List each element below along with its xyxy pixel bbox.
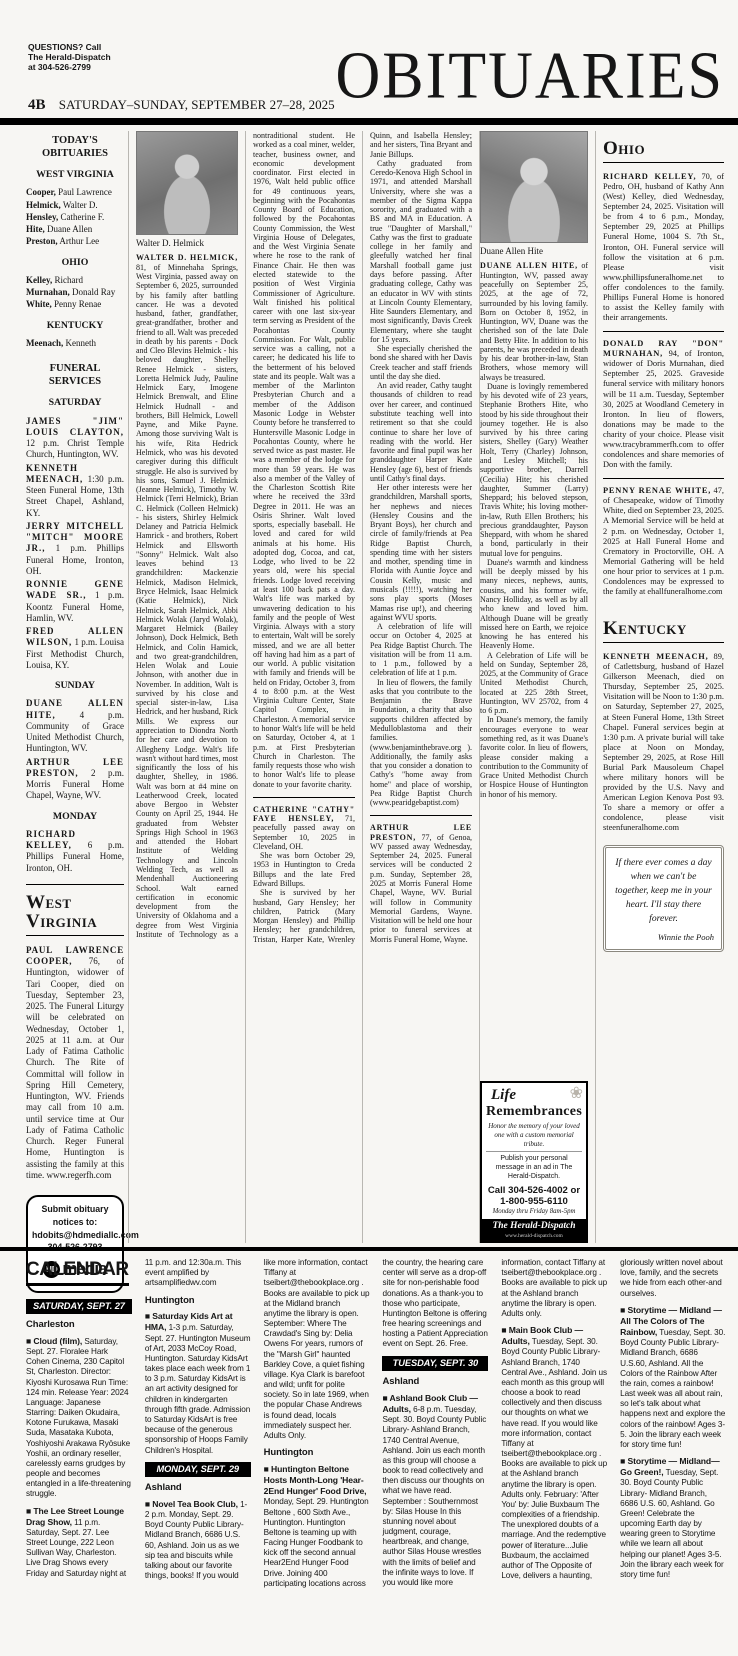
funeral-entry: KENNETH MEENACH, 1:30 p.m. Steen Funeral… [26, 463, 124, 519]
funeral-entry: JAMES "JIM" LOUIS CLAYTON, 12 p.m. Chris… [26, 416, 124, 461]
funeral-entry: FRED ALLEN WILSON, 1 p.m. Louisa First M… [26, 626, 124, 671]
obituary-body: 70, of Pedro, OH, husband of Kathy Ann (… [603, 172, 724, 322]
index-wv-header: WEST VIRGINIA [26, 169, 124, 181]
kentucky-section-header: Kentucky [603, 619, 724, 643]
walter-helmick-photo-figure: Walter D. Helmick [136, 131, 238, 248]
obituary-name: DUANE ALLEN HITE, [480, 261, 578, 270]
calendar-city-header: Huntington [264, 1447, 370, 1459]
index-entry: White, Penny Renae [26, 299, 124, 310]
folio-line: 4B SATURDAY–SUNDAY, SEPTEMBER 27–28, 202… [28, 97, 335, 114]
saturday-header: SATURDAY [26, 397, 124, 409]
funeral-entry: DUANE ALLEN HITE, 4 p.m. Community of Gr… [26, 698, 124, 754]
page-title: OBITUARIES [335, 38, 724, 115]
obituary-paragraph: Her other interests were her grandchildr… [370, 483, 472, 622]
obituary-paragraph: She especially cherished the bond she sh… [370, 344, 472, 381]
obituary-murnahan: DONALD RAY "DON" MURNAHAN, 94, of Ironto… [603, 339, 724, 470]
calendar-day-banner: TUESDAY, SEPT. 30 [382, 1356, 488, 1372]
calendar-city-header: Ashland [145, 1482, 251, 1494]
obituary-body: 94, of Ironton, widower of Doris Murnaha… [603, 349, 724, 469]
calendar-city-header: Ashland [382, 1376, 488, 1388]
index-entry: Meenach, Kenneth [26, 338, 124, 349]
submit-email: hdobits@hdmediallc.com [32, 1229, 118, 1242]
obituary-paragraph: Duane is lovingly remembered by his devo… [480, 382, 588, 558]
obituary-name: PENNY RENAE WHITE, [603, 486, 711, 495]
obituary-paragraph: She was born October 29, 1953 in Hunting… [253, 851, 355, 888]
divider [253, 797, 355, 798]
calendar-event: ■ Storytime — Midland — All The Colors o… [620, 1305, 726, 1450]
obituary-hensley: CATHERINE "CATHY" FAYE HENSLEY, 71, peac… [253, 805, 355, 851]
obituary-kelley: RICHARD KELLEY, 70, of Pedro, OH, husban… [603, 172, 724, 323]
index-entry: Kelley, Richard [26, 275, 124, 286]
index-column: TODAY'S OBITUARIES WEST VIRGINIA Cooper,… [26, 131, 128, 1245]
sunday-header: SUNDAY [26, 680, 124, 692]
obituary-white: PENNY RENAE WHITE, 47, of Chesapeake, wi… [603, 486, 724, 597]
funeral-entry: ARTHUR LEE PRESTON, 2 p.m. Morris Funera… [26, 757, 124, 802]
quote-attribution: Winnie the Pooh [613, 931, 714, 943]
obituary-name: WALTER D. HELMICK, [136, 253, 238, 262]
index-entry: Hensley, Catherine F. [26, 212, 124, 223]
obituary-body: 76, of Huntington, widower of Tari Coope… [26, 956, 124, 1180]
calendar-city-header: Huntington [145, 1295, 251, 1307]
obituary-paragraph: An avid reader, Cathy taught thousands o… [370, 381, 472, 483]
funeral-entry: RONNIE GENE WADE SR., 1 p.m. Koontz Fune… [26, 579, 124, 624]
obituary-body: 89, of Catlettsburg, husband of Hazel Gi… [603, 652, 724, 832]
obituary-body: 47, of Chesapeake, widow of Timothy Whit… [603, 486, 724, 596]
funeral-entry: RICHARD KELLEY, 6 p.m. Phillips Funeral … [26, 829, 124, 874]
calendar-event: ■ Storytime — Midland— Go Green!, Tuesda… [620, 1456, 726, 1580]
divider [26, 884, 124, 885]
calendar-section: CALENDAR SATURDAY, SEPT. 27 Charleston ■… [26, 1258, 726, 1644]
masthead-rule [0, 118, 738, 125]
obituary-name: RICHARD KELLEY, [603, 172, 696, 181]
index-entry: Helmick, Walter D. [26, 200, 124, 211]
index-oh-header: OHIO [26, 257, 124, 269]
ohio-section-header: Ohio [603, 139, 724, 163]
obituary-paragraph: In Duane's memory, the family encourages… [480, 715, 588, 798]
obituary-name: KENNETH MEENACH, [603, 652, 709, 661]
index-entry: Preston, Arthur Lee [26, 236, 124, 247]
funeral-services-header: FUNERAL SERVICES [26, 363, 124, 388]
obituary-paragraph: Duane's warmth and kindness will be deep… [480, 558, 588, 651]
obituary-flow-columns: Walter D. Helmick WALTER D. HELMICK, 81,… [128, 131, 480, 1243]
life-remembrances-ad: ❀ Life Remembrances Honor the memory of … [480, 1081, 588, 1243]
page-number: 4B [28, 97, 46, 113]
rose-icon: ❀ [570, 1085, 583, 1104]
date-line: SATURDAY–SUNDAY, SEPTEMBER 27–28, 2025 [59, 97, 335, 112]
divider [603, 478, 724, 479]
walter-helmick-portrait-photo [136, 131, 238, 235]
duane-hite-photo-figure: Duane Allen Hite [480, 131, 588, 256]
hite-column: Duane Allen Hite DUANE ALLEN HITE, of Hu… [480, 131, 596, 1243]
obituary-paragraph: A celebration of life will occur on Octo… [370, 622, 472, 678]
obituary-meenach: KENNETH MEENACH, 89, of Catlettsburg, hu… [603, 652, 724, 833]
west-virginia-section-header: West Virginia [26, 893, 124, 936]
calendar-day-banner: SATURDAY, SEPT. 27 [26, 1299, 132, 1315]
index-ky-header: KENTUCKY [26, 320, 124, 332]
ohio-kentucky-column: Ohio RICHARD KELLEY, 70, of Pedro, OH, h… [596, 131, 724, 1245]
calendar-city-header: Charleston [26, 1319, 132, 1331]
funeral-entry: JERRY MITCHELL "MITCH" MOORE JR., 1 p.m.… [26, 521, 124, 577]
calendar-event: ■ Saturday Kids Art at HMA, 1-3 p.m. Sat… [145, 1311, 251, 1455]
todays-obituaries-header: TODAY'S OBITUARIES [26, 135, 124, 160]
obituary-paragraph: Cathy graduated from Ceredo-Kenova High … [370, 159, 472, 344]
obituary-paragraph: In lieu of flowers, the family asks that… [370, 678, 472, 808]
photo-caption: Duane Allen Hite [480, 246, 588, 256]
index-entry: Hite, Duane Allen [26, 224, 124, 235]
calendar-title: CALENDAR [26, 1258, 129, 1286]
duane-hite-portrait-photo [480, 131, 588, 243]
divider [370, 815, 472, 816]
photo-caption: Walter D. Helmick [136, 238, 238, 248]
obituary-body: 77, of Genoa, WV passed away Wednesday, … [370, 833, 472, 944]
index-entry: Murnahan, Donald Ray [26, 287, 124, 298]
obituary-preston: ARTHUR LEE PRESTON, 77, of Genoa, WV pas… [370, 823, 472, 943]
herald-dispatch-logo: The Herald-Dispatch [482, 1219, 586, 1233]
index-entry: Cooper, Paul Lawrence [26, 187, 124, 198]
calendar-event: ■ Cloud (film), Saturday, Sept. 27. Flor… [26, 1336, 132, 1500]
obituary-cooper: PAUL LAWRENCE COOPER, 76, of Huntington,… [26, 945, 124, 1181]
obituary-hite: DUANE ALLEN HITE, of Huntington, WV, pas… [480, 261, 588, 381]
ad-phone-numbers: Call 304-526-4002 or 1-800-955-6110 [485, 1185, 583, 1207]
masthead-contact-note: QUESTIONS? Call The Herald-Dispatch at 3… [28, 42, 111, 73]
calendar-day-banner: MONDAY, SEPT. 29 [145, 1462, 251, 1478]
divider [603, 331, 724, 332]
calendar-top-rule [0, 1247, 738, 1251]
obituaries-main: TODAY'S OBITUARIES WEST VIRGINIA Cooper,… [26, 131, 724, 1245]
memorial-quote-box: If there ever comes a day when we can't … [603, 845, 724, 952]
monday-header: MONDAY [26, 811, 124, 823]
quote-text: If there ever comes a day when we can't … [615, 857, 712, 924]
obituary-paragraph: A Celebration of Life will be held on Su… [480, 651, 588, 716]
